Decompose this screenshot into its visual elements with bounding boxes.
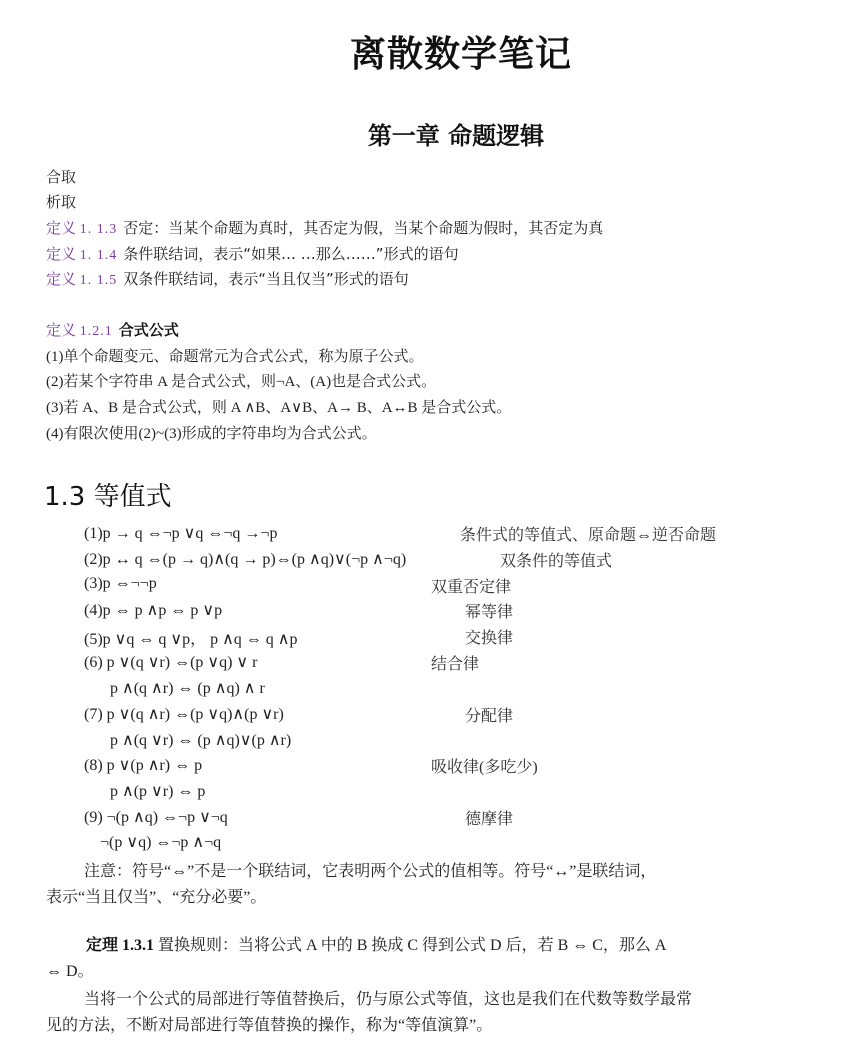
definition-text: 双条件联结词，表示“当且仅当”形式的语句 xyxy=(123,270,409,288)
definition-label: 定义 1. 1.3 xyxy=(46,221,117,237)
theorem-line-2: ⇔ D。 xyxy=(46,958,94,981)
section-heading: 1.3 等值式 xyxy=(44,476,172,513)
equivalence-formula: (9) ¬(p ∧q) ⇔¬p ∨¬q xyxy=(84,807,228,827)
law-name: 幂等律 xyxy=(465,599,513,622)
equivalence-formula: p ∧(q ∧r) ⇔ (p ∧q) ∧ r xyxy=(110,678,265,698)
equivalence-formula: (4)p ⇔ p ∧p ⇔ p ∨p xyxy=(84,600,222,620)
definition-text: 条件联结词，表示“如果… …那么……”形式的语句 xyxy=(123,245,458,263)
equivalence-formula: (1)p → q ⇔¬p ∨q ⇔¬q →¬p xyxy=(84,523,277,543)
law-name: 分配律 xyxy=(465,703,513,726)
theorem-label: 定理 1.3.1 xyxy=(86,937,154,954)
paragraph-line-2: 见的方法，不断对局部进行等值替换的操作，称为“等值演算”。 xyxy=(46,1012,492,1035)
law-name: 吸收律(多吃少) xyxy=(431,754,538,777)
theorem-1-3-1: 定理 1.3.1 置换规则：当将公式 A 中的 B 换成 C 得到公式 D 后，… xyxy=(86,932,667,955)
law-name: 条件式的等值式、原命题⇔逆否命题 xyxy=(460,522,716,545)
note-line-2: 表示“当且仅当”、“充分必要”。 xyxy=(46,884,266,907)
law-name: 结合律 xyxy=(431,651,479,674)
chapter-heading: 第一章 命题逻辑 xyxy=(0,116,861,151)
definition-label: 定义 1.2.1 xyxy=(46,323,113,339)
equivalence-formula: (3)p ⇔¬¬p xyxy=(84,575,157,593)
wff-rule-3: (3)若 A、B 是合式公式，则 A ∧B、A∨B、A→ B、A↔B 是合式公式… xyxy=(46,396,511,417)
definition-1-1-3: 定义 1. 1.3否定：当某个命题为真时，其否定为假，当某个命题为假时，其否定为… xyxy=(46,217,603,238)
equivalence-formula: p ∧(q ∨r) ⇔ (p ∧q)∨(p ∧r) xyxy=(110,730,291,750)
equivalence-formula: (7) p ∨(q ∧r) ⇔(p ∨q)∧(p ∨r) xyxy=(84,704,284,724)
law-name: 交换律 xyxy=(465,625,513,648)
law-name: 双条件的等值式 xyxy=(500,548,612,571)
definition-label: 定义 1. 1.4 xyxy=(46,247,117,263)
equivalence-formula: (2)p ↔ q ⇔(p → q)∧(q → p)⇔(p ∧q)∨(¬p ∧¬q… xyxy=(84,549,406,569)
definition-label: 定义 1. 1.5 xyxy=(46,272,117,288)
term-conjunction: 合取 xyxy=(46,166,76,187)
law-name: 双重否定律 xyxy=(431,574,511,597)
definition-1-1-5: 定义 1. 1.5双条件联结词，表示“当且仅当”形式的语句 xyxy=(46,268,409,289)
equivalence-formula: ¬(p ∨q) ⇔¬p ∧¬q xyxy=(100,832,221,852)
term-disjunction: 析取 xyxy=(46,191,76,212)
definition-title: 合式公式 xyxy=(119,321,179,339)
equivalence-formula: (8) p ∨(p ∧r) ⇔ p xyxy=(84,755,202,775)
wff-rule-1: (1)单个命题变元、命题常元为合式公式，称为原子公式。 xyxy=(46,345,424,366)
definition-1-1-4: 定义 1. 1.4条件联结词，表示“如果… …那么……”形式的语句 xyxy=(46,243,459,264)
definition-text: 否定：当某个命题为真时，其否定为假，当某个命题为假时，其否定为真 xyxy=(123,219,603,237)
equivalence-formula: (5)p ∨q ⇔ q ∨p， p ∧q ⇔ q ∧p xyxy=(84,626,298,649)
wff-rule-4: (4)有限次使用(2)~(3)形成的字符串均为合式公式。 xyxy=(46,422,377,443)
equivalence-formula: p ∧(p ∨r) ⇔ p xyxy=(110,781,205,801)
equivalence-formula: (6) p ∨(q ∨r) ⇔(p ∨q) ∨ r xyxy=(84,652,257,672)
paragraph-line-1: 当将一个公式的局部进行等值替换后，仍与原公式等值，这也是我们在代数等数学最常 xyxy=(84,986,692,1009)
theorem-text: 置换规则：当将公式 A 中的 B 换成 C 得到公式 D 后，若 B ⇔ C，那… xyxy=(158,937,666,954)
document-title: 离散数学笔记 xyxy=(0,26,861,77)
law-name: 德摩律 xyxy=(465,806,513,829)
wff-rule-2: (2)若某个字符串 A 是合式公式，则¬A、(A)也是合式公式。 xyxy=(46,370,436,391)
definition-1-2-1: 定义 1.2.1合式公式 xyxy=(46,319,179,340)
note-line-1: 注意：符号“⇔”不是一个联结词，它表明两个公式的值相等。符号“↔”是联结词， xyxy=(84,858,656,881)
